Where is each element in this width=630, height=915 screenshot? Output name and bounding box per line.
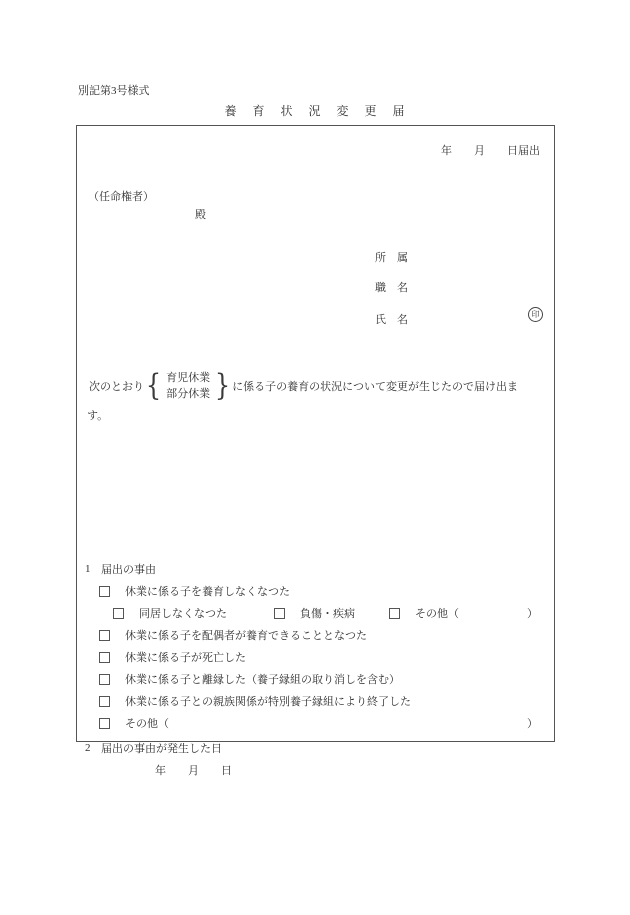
form-number: 別記第3号様式 <box>78 82 150 98</box>
section-occurrence-date: 2 届出の事由が発生した日 年 月 日 <box>85 737 546 781</box>
subreason-not-living-together: 同居しなくなつた <box>113 605 227 621</box>
intro-lead: 次のとおり <box>89 378 144 394</box>
subreason-label: 負傷・疾病 <box>300 605 355 621</box>
occurrence-date-line: 年 月 日 <box>155 759 546 781</box>
reason-label: 休業に係る子との親族関係が特別養子縁組により終了した <box>125 693 411 709</box>
section-reason: 1 届出の事由 休業に係る子を養育しなくなつた 同居しなくなつた 負傷・疾病 <box>85 558 546 734</box>
form-box: 年 月 日届出 （任命権者） 殿 所 属 職 名 氏 名 印 次のとおり { 育… <box>76 125 555 742</box>
subreason-label: その他（ <box>415 605 459 621</box>
reason-item-spouse-can-raise: 休業に係る子を配偶者が養育できることとなつた <box>99 624 546 646</box>
option-partial-leave: 部分休業 <box>166 386 210 402</box>
section-heading-label: 届出の事由が発生した日 <box>101 740 222 756</box>
section-heading-label: 届出の事由 <box>101 561 156 577</box>
intro-statement: 次のとおり { 育児休業 部分休業 } に係る子の養育の状況について変更が生じた… <box>89 366 548 423</box>
position-label: 職 名 <box>375 279 408 295</box>
intro-line-2: す。 <box>87 407 548 423</box>
submission-date-line: 年 月 日届出 <box>441 142 540 158</box>
option-childcare-leave: 育児休業 <box>166 370 210 386</box>
reason-label: 休業に係る子を配偶者が養育できることとなつた <box>125 627 367 643</box>
form-title: 養 育 状 況 変 更 届 <box>76 102 555 119</box>
intro-line-1: 次のとおり { 育児休業 部分休業 } に係る子の養育の状況について変更が生じた… <box>89 366 548 406</box>
reason-subitems-row: 同居しなくなつた 負傷・疾病 その他（ ） <box>113 602 546 624</box>
section-reason-heading: 1 届出の事由 <box>85 558 546 580</box>
close-paren: ） <box>527 605 538 621</box>
checkbox-icon <box>99 674 110 685</box>
checkbox-icon <box>113 608 124 619</box>
leave-type-options: 育児休業 部分休業 <box>163 370 213 402</box>
addressee-honorific: 殿 <box>195 206 206 222</box>
appointer-label: （任命権者） <box>88 188 154 204</box>
checkbox-icon <box>389 608 400 619</box>
reason-item-child-died: 休業に係る子が死亡した <box>99 646 546 668</box>
reason-label: 休業に係る子が死亡した <box>125 649 246 665</box>
checkbox-icon <box>99 630 110 641</box>
section-number: 2 <box>85 742 101 754</box>
subreason-injury-illness: 負傷・疾病 <box>274 605 355 621</box>
section-date-heading: 2 届出の事由が発生した日 <box>85 737 546 759</box>
reason-label: その他（ <box>125 715 169 731</box>
checkbox-icon <box>99 718 110 729</box>
intro-tail: に係る子の養育の状況について変更が生じたので届け出ま <box>232 378 518 394</box>
seal-stamp-icon: 印 <box>528 307 543 322</box>
reason-label: 休業に係る子を養育しなくなつた <box>125 583 290 599</box>
seal-character: 印 <box>532 311 540 319</box>
checkbox-icon <box>99 586 110 597</box>
name-label: 氏 名 <box>375 311 408 327</box>
reason-item-special-adoption-ended: 休業に係る子との親族関係が特別養子縁組により終了した <box>99 690 546 712</box>
reason-item-other: その他（ ） <box>99 712 546 734</box>
checkbox-icon <box>99 696 110 707</box>
subreason-label: 同居しなくなつた <box>139 605 227 621</box>
checkbox-icon <box>274 608 285 619</box>
brace-open-icon: { <box>146 366 161 406</box>
reason-item-dissolved-adoption: 休業に係る子と離縁した（養子縁組の取り消しを含む） <box>99 668 546 690</box>
section-number: 1 <box>85 563 101 575</box>
reason-item-no-longer-raising: 休業に係る子を養育しなくなつた <box>99 580 546 602</box>
close-paren: ） <box>527 715 538 731</box>
document-page: 別記第3号様式 養 育 状 況 変 更 届 年 月 日届出 （任命権者） 殿 所… <box>0 0 630 915</box>
reason-label: 休業に係る子と離縁した（養子縁組の取り消しを含む） <box>125 671 400 687</box>
brace-close-icon: } <box>215 366 230 406</box>
affiliation-label: 所 属 <box>375 249 408 265</box>
checkbox-icon <box>99 652 110 663</box>
subreason-other: その他（ <box>389 605 459 621</box>
